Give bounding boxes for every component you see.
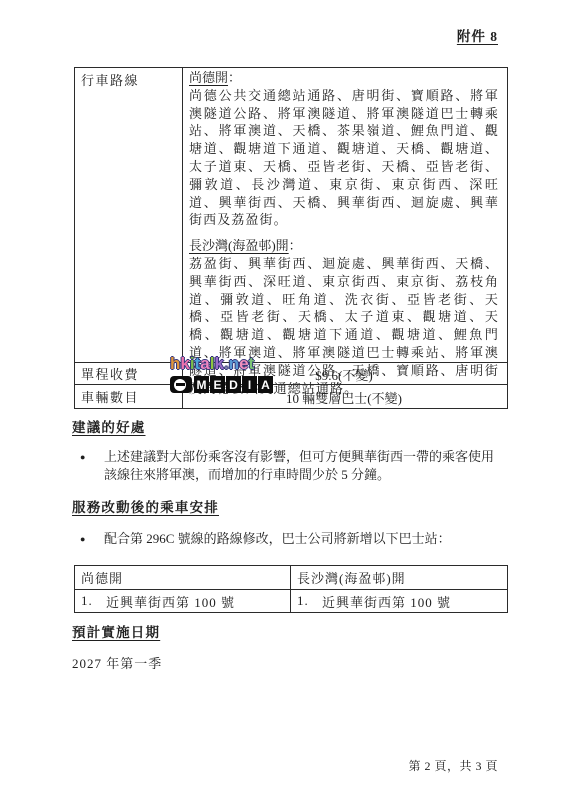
stops-table: 尚德開 長沙灣(海盈邨)開 1. 近興華街西第 100 號 1. 近興華街西第 … xyxy=(74,565,508,613)
media-logo-circle-minus-icon xyxy=(170,376,192,393)
implementation-heading: 預計實施日期 xyxy=(72,621,160,641)
direction-heading-text: 尚德開 xyxy=(189,70,228,85)
stop-number: 1. xyxy=(297,593,322,609)
appendix-label: 附件 8 xyxy=(457,25,498,45)
benefits-heading: 建議的好處 xyxy=(72,416,146,436)
media-letter-box: A xyxy=(258,376,273,393)
media-logo: MEDIA xyxy=(170,376,273,393)
stops-table-header-row: 尚德開 長沙灣(海盈邨)開 xyxy=(75,566,507,589)
benefits-bullet-text: 上述建議對大部份乘客沒有影響，但可方便興華街西一帶的乘客使用該線往來將軍澳，而增… xyxy=(104,448,494,483)
bullet-icon: ● xyxy=(80,449,104,483)
stops-table-data-row: 1. 近興華街西第 100 號 1. 近興華街西第 100 號 xyxy=(75,589,507,612)
document-page: { "header": { "appendix": "附件 8" }, "rou… xyxy=(0,0,566,800)
hkitalk-letter: n xyxy=(229,354,239,373)
direction-heading: 長沙灣(海盈邨)開： xyxy=(189,237,499,255)
direction-heading: 尚德開： xyxy=(189,69,499,87)
direction-heading-colon: ： xyxy=(289,238,302,253)
hkitalk-letter: t xyxy=(249,354,255,373)
hkitalk-watermark: hkitalk.net MEDIA xyxy=(170,355,273,393)
media-letter-box: D xyxy=(226,376,241,393)
direction-heading-text: 長沙灣(海盈邨)開 xyxy=(189,238,289,253)
fare-label-cell: 單程收費 xyxy=(75,363,183,384)
stop-cell: 1. 近興華街西第 100 號 xyxy=(291,590,507,612)
media-letter-box: I xyxy=(242,376,257,393)
media-letter-box: E xyxy=(210,376,225,393)
route-row-label-cell: 行車路線 xyxy=(75,68,183,362)
media-letter-box: M xyxy=(194,376,209,393)
media-letter-boxes: MEDIA xyxy=(194,376,273,393)
route-table-row-routes: 行車路線 尚德開： 尚德公共交通總站通路、唐明街、寶順路、將軍澳隧道公路、將軍澳… xyxy=(75,68,507,362)
stop-cell: 1. 近興華街西第 100 號 xyxy=(75,590,291,612)
route-table-row-fare: 單程收費 $9.6(不變) xyxy=(75,362,507,384)
hkitalk-logo-text: hkitalk.net xyxy=(170,355,273,373)
direction-sheung-tak: 尚德開： 尚德公共交通總站通路、唐明街、寶順路、將軍澳隧道公路、將軍澳隧道、將軍… xyxy=(189,69,499,229)
hkitalk-letter: e xyxy=(239,354,248,373)
direction-route-text: 尚德公共交通總站通路、唐明街、寶順路、將軍澳隧道公路、將軍澳隧道、將軍澳隧道巴士… xyxy=(189,87,499,229)
route-table: 行車路線 尚德開： 尚德公共交通總站通路、唐明街、寶順路、將軍澳隧道公路、將軍澳… xyxy=(74,67,508,409)
hkitalk-letter: k xyxy=(214,354,223,373)
route-row-content-cell: 尚德開： 尚德公共交通總站通路、唐明街、寶順路、將軍澳隧道公路、將軍澳隧道、將軍… xyxy=(183,68,507,362)
hkitalk-letter: h xyxy=(170,354,180,373)
arrangements-bullet-text: 配合第 296C 號線的路線修改，巴士公司將新增以下巴士站： xyxy=(104,530,494,549)
stop-name: 近興華街西第 100 號 xyxy=(322,592,451,611)
arrangements-heading: 服務改動後的乘車安排 xyxy=(72,496,219,516)
stops-header-sheung-tak: 尚德開 xyxy=(75,566,291,589)
hkitalk-letter: a xyxy=(200,354,209,373)
arrangements-bullet-item: ● 配合第 296C 號線的路線修改，巴士公司將新增以下巴士站： xyxy=(80,530,504,549)
hkitalk-letter: k xyxy=(180,354,189,373)
stops-header-cheung-sha-wan: 長沙灣(海盈邨)開 xyxy=(291,566,507,589)
stop-number: 1. xyxy=(81,593,106,609)
bullet-icon: ● xyxy=(80,531,104,549)
route-table-row-fleet: 車輛數目 10 輛雙層巴士(不變) xyxy=(75,384,507,408)
direction-heading-colon: ： xyxy=(228,70,241,85)
fleet-label-cell: 車輛數目 xyxy=(75,385,183,408)
stop-name: 近興華街西第 100 號 xyxy=(106,592,235,611)
implementation-date-text: 2027 年第一季 xyxy=(72,653,162,672)
page-number: 第 2 頁，共 3 頁 xyxy=(408,757,498,774)
benefits-bullet-item: ● 上述建議對大部份乘客沒有影響，但可方便興華街西一帶的乘客使用該線往來將軍澳，… xyxy=(80,448,504,483)
